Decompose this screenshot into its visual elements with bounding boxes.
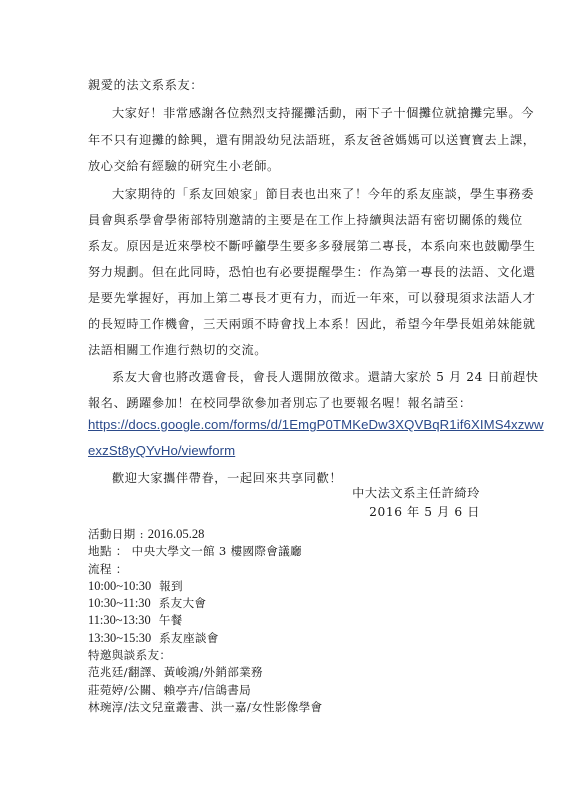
schedule-time: 10:30~11:30 [88,596,151,610]
schedule-time: 13:30~15:30 [88,631,151,645]
schedule-activity: 系友大會 [159,596,207,610]
document-page: 親愛的法文系系友： 大家好！非常感謝各位熱烈支持擺攤活動，兩下子十個攤位就搶攤完… [0,0,566,800]
paragraph-1-line-2: 年不只有迎攤的餘興，還有開設幼兒法語班，系友爸爸媽媽可以送寶寶去上課， [88,131,536,148]
registration-link-line-1[interactable]: https://docs.google.com/forms/d/1EmgP0TM… [88,417,544,432]
paragraph-2-line-6: 的長短時工作機會，三天兩頭不時會找上本系！因此，希望今年學長姐弟妹能就 [88,315,536,332]
event-info: 活動日期 : 2016.05.28 地點 ： 中央大學文一館 3 樓國際會議廳 … [88,526,322,716]
guest-line-2: 莊菀婷/公關、賴亭卉/信鴿書局 [88,682,322,699]
paragraph-2-line-2: 員會與系學會學術部特別邀請的主要是在工作上持續與法語有密切關係的幾位 [88,211,523,228]
schedule-item: 13:30~15:30系友座談會 [88,630,322,647]
schedule-item: 10:00~10:30報到 [88,578,322,595]
schedule-activity: 午餐 [159,613,183,627]
schedule-item: 11:30~13:30午餐 [88,612,322,629]
event-location-label: 地點 [88,544,112,558]
paragraph-2-line-5: 是要先掌握好，再加上第二專長才更有力，而近一年來，可以發現須求法語人才 [88,289,536,306]
guest-line-3: 林琬淳/法文兒童叢書、洪一嘉/女性影像學會 [88,699,322,716]
salutation: 親愛的法文系系友： [88,76,203,93]
schedule-label-row: 流程 ： [88,561,322,578]
paragraph-2-line-4: 努力規劃。但在此同時，恐怕也有必要提醒學生：作為第一專長的法語、文化還 [88,263,536,280]
event-date-value: 2016.05.28 [148,527,205,541]
signature-date: 2016 年 5 月 6 日 [369,503,480,520]
guest-line-1: 范兆廷/翻譯、黃峻鴻/外銷部業務 [88,664,322,681]
schedule-item: 10:30~11:30系友大會 [88,595,322,612]
colon: : [136,527,148,541]
closing-line: 歡迎大家攜伴帶眷，一起回來共享同歡！ [112,469,342,486]
event-location-value: 中央大學文一館 3 樓國際會議廳 [132,544,302,558]
paragraph-2-line-3: 系友。原因是近來學校不斷呼籲學生要多多發展第二專長，本系向來也鼓勵學生 [88,237,536,254]
paragraph-3-line-2: 報名、踴躍參加！在校同學欲參加者別忘了也要報名喔！報名請至： [88,394,472,411]
event-date-row: 活動日期 : 2016.05.28 [88,526,322,543]
schedule-activity: 系友座談會 [159,631,218,645]
paragraph-1-line-1: 大家好！非常感謝各位熱烈支持擺攤活動，兩下子十個攤位就搶攤完畢。今 [112,104,534,121]
paragraph-3-line-1: 系友大會也將改選會長，會長人選開放徵求。還請大家於 5 月 24 日前趕快 [112,368,539,385]
event-location-row: 地點 ： 中央大學文一館 3 樓國際會議廳 [88,543,322,560]
schedule-time: 11:30~13:30 [88,613,151,627]
schedule-label: 流程 [88,562,112,576]
event-date-label: 活動日期 [88,527,136,541]
paragraph-2-line-1: 大家期待的「系友回娘家」節目表也出來了！今年的系友座談，學生事務委 [112,185,534,202]
colon: ： [112,544,132,558]
colon: ： [112,562,128,576]
paragraph-2-line-7: 法語相關工作進行熱切的交流。 [88,341,267,358]
signature-name: 中大法文系主任許綺玲 [352,484,480,501]
schedule-time: 10:00~10:30 [88,579,151,593]
paragraph-1-line-3: 放心交給有經驗的研究生小老師。 [88,157,280,174]
guests-label: 特邀與談系友： [88,647,322,664]
schedule-activity: 報到 [159,579,183,593]
registration-link-line-2[interactable]: exzSt8yQYvHo/viewform [88,443,235,458]
